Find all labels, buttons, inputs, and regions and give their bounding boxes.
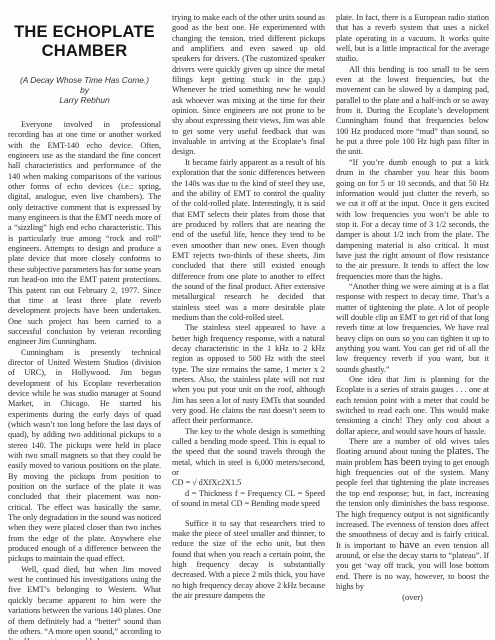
article-paragraph: All this bending is too small to be seen… <box>336 65 489 158</box>
article-title: THE ECHOPLATE CHAMBER <box>10 23 159 61</box>
article-paragraph: The key to the whole design is something… <box>172 427 325 479</box>
paragraph-segment-large: plates. <box>447 446 474 457</box>
article-subtitle: (A Decay Whose Time Has Come.) <box>8 75 161 85</box>
article-paragraph: Everyone involved in professional record… <box>8 120 161 348</box>
article-paragraph-continuation: plate. In fact, there is a European radi… <box>336 13 489 65</box>
text-column-2: trying to make each of the other units s… <box>172 13 325 640</box>
article-paragraph-mixed-type: There are a number of old wives tales fl… <box>336 437 489 592</box>
article-paragraph: Cunningham is presently technical direct… <box>8 348 161 565</box>
formula-legend: d = Thickness f = Frequency CL = Speed o… <box>172 489 325 510</box>
text-column-3: plate. In fact, there is a European radi… <box>336 13 489 640</box>
page-footer-over: (over) <box>336 592 489 602</box>
text-column-1: THE ECHOPLATE CHAMBER (A Decay Whose Tim… <box>8 13 161 640</box>
article-paragraph: The stainless steel appeared to have a b… <box>172 323 325 426</box>
article-paragraph-continuation: trying to make each of the other units s… <box>172 13 325 158</box>
article-subtitle-block: (A Decay Whose Time Has Come.) by Larry … <box>8 75 161 105</box>
article-author: Larry Rebhun <box>8 95 161 105</box>
article-paragraph: Well, quad died, but when Jim moved west… <box>8 565 161 640</box>
paragraph-segment: trying to get enough high frequencies ou… <box>336 458 489 550</box>
bending-mode-formula: CD = √ dXfXc2X1.5 <box>172 478 325 488</box>
article-header: THE ECHOPLATE CHAMBER (A Decay Whose Tim… <box>8 23 161 105</box>
document-page: THE ECHOPLATE CHAMBER (A Decay Whose Tim… <box>0 0 495 640</box>
paragraph-segment-large: has been <box>384 457 420 468</box>
article-paragraph-quote: “Another thing we were aiming at is a fl… <box>336 282 489 375</box>
article-paragraph: One idea that Jim is planning for the Ec… <box>336 375 489 437</box>
article-paragraph: Suffice it to say that researchers tried… <box>172 519 325 602</box>
article-paragraph: It became fairly apparent as a result of… <box>172 158 325 324</box>
paragraph-segment-large: have <box>399 540 419 551</box>
article-paragraph-quote: “If you’re dumb enough to put a kick dru… <box>336 158 489 282</box>
article-byline: by <box>8 85 161 95</box>
